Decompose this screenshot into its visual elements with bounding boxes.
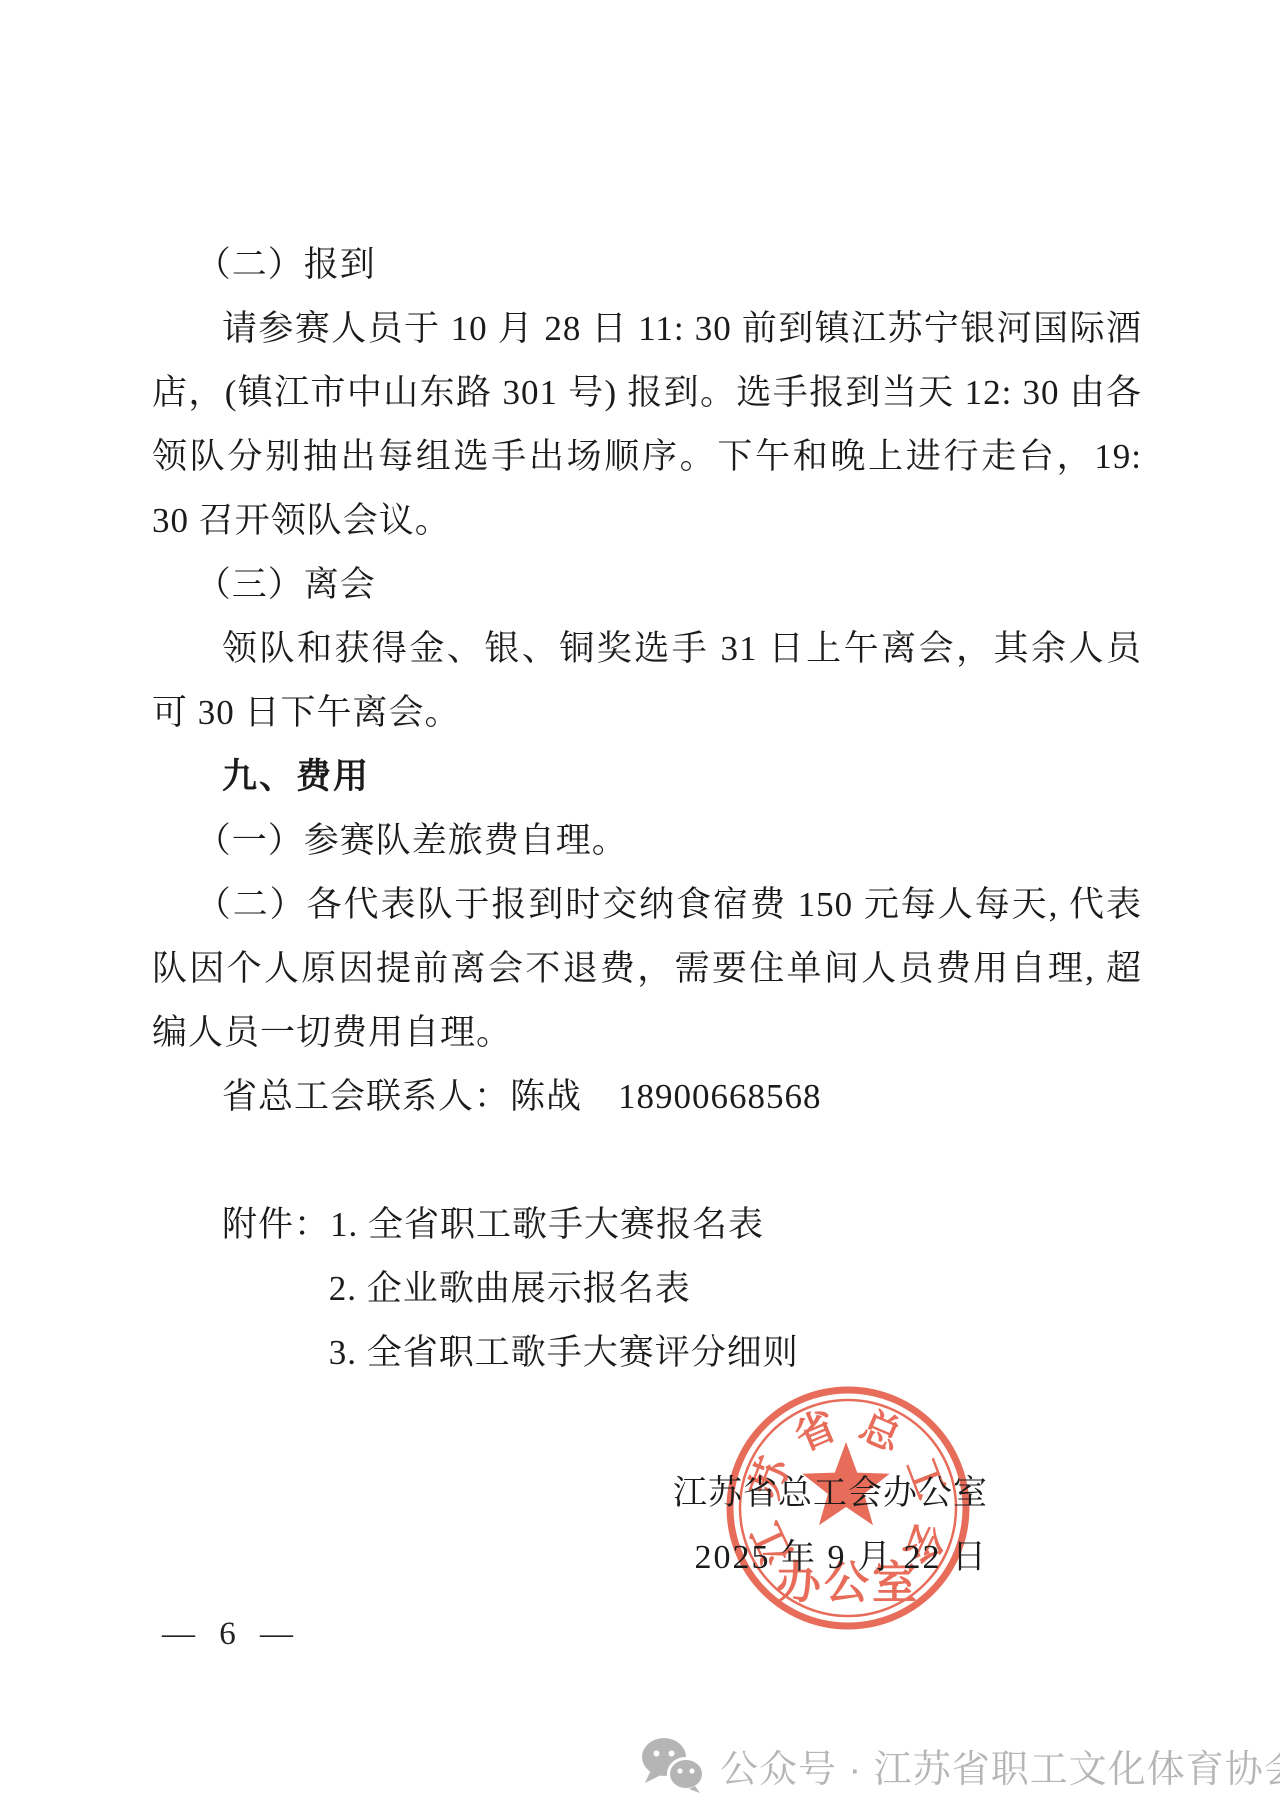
signature-block: 江苏省总工会办公室 2025 年 9 月 22 日: [673, 1462, 988, 1590]
attachment-line-1: 附件：1. 全省职工歌手大赛报名表: [152, 1193, 1142, 1257]
attachment-item-3: 3. 全省职工歌手大赛评分细则: [152, 1321, 1142, 1385]
watermark-text: 公众号 · 江苏省职工文化体育协会: [720, 1738, 1280, 1793]
paragraph-contact: 省总工会联系人：陈战 18900668568: [152, 1065, 1142, 1129]
section-heading-fees: 九、费用: [152, 745, 1142, 809]
paragraph-fee-board: （二）各代表队于报到时交纳食宿费 150 元每人每天, 代表队因个人原因提前离会…: [152, 873, 1142, 1065]
paragraph-fee-travel: （一）参赛队差旅费自理。: [152, 809, 1142, 873]
attachment-item-1: 1. 全省职工歌手大赛报名表: [330, 1205, 764, 1244]
signature-date: 2025 年 9 月 22 日: [673, 1526, 988, 1590]
paragraph-registration: 请参赛人员于 10 月 28 日 11: 30 前到镇江苏宁银河国际酒店，(镇江…: [152, 297, 1142, 553]
attachments-list: 附件：1. 全省职工歌手大赛报名表 2. 企业歌曲展示报名表 3. 全省职工歌手…: [152, 1193, 1142, 1385]
wechat-icon: [640, 1736, 706, 1794]
document-page: （二）报到 请参赛人员于 10 月 28 日 11: 30 前到镇江苏宁银河国际…: [0, 0, 1280, 1810]
attachment-item-2: 2. 企业歌曲展示报名表: [152, 1257, 1142, 1321]
watermark: 公众号 · 江苏省职工文化体育协会: [640, 1736, 1280, 1794]
paragraph-leave: 领队和获得金、银、铜奖选手 31 日上午离会，其余人员可 30 日下午离会。: [152, 617, 1142, 745]
seal-ring-char: 总: [853, 1403, 908, 1460]
document-body: （二）报到 请参赛人员于 10 月 28 日 11: 30 前到镇江苏宁银河国际…: [152, 233, 1142, 1385]
seal-ring-char: 省: [788, 1403, 842, 1460]
attachments-label: 附件：: [222, 1205, 330, 1244]
section-heading-leave: （三）离会: [152, 553, 1142, 617]
signature-office: 江苏省总工会办公室: [673, 1462, 988, 1526]
page-number: — 6 —: [162, 1612, 293, 1656]
section-heading-registration: （二）报到: [152, 233, 1142, 297]
